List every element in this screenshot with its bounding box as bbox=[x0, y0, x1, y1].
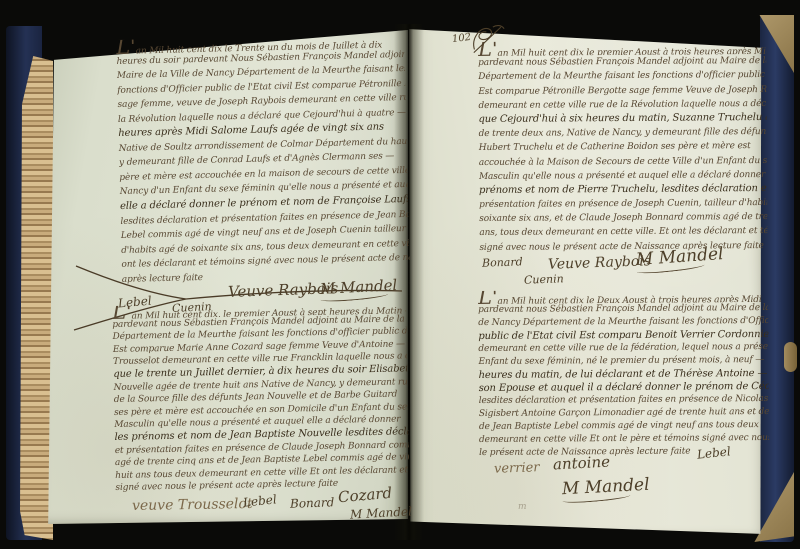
page-number-paraph-flourish bbox=[469, 21, 512, 54]
manuscript-line: accouchée à la Maison de Secours de cett… bbox=[479, 153, 767, 169]
signature-bonard: Bonard bbox=[482, 255, 523, 269]
birth-record-right-2: L'an Mil huit cent dix le Deux Aoust à t… bbox=[478, 289, 769, 460]
birth-record-left-1: L'an Mil huit cent dix le Trente un du m… bbox=[116, 33, 410, 287]
register-book-scan: 102 L'an Mil huit cent dix le Trente un … bbox=[0, 0, 800, 549]
signature-lebel: Lebel bbox=[117, 294, 152, 311]
birth-record-right-1: L'an Mil huit cent dix le premier Aoust … bbox=[478, 40, 767, 255]
signature-bonard: Bonard bbox=[290, 495, 335, 511]
signature-antoine: antoine bbox=[553, 453, 611, 474]
page-number: 102 bbox=[451, 32, 471, 45]
signature-verrier: verrier bbox=[494, 460, 540, 477]
signature-cuenin: Cuenin bbox=[524, 272, 564, 286]
manuscript-line: signé avec nous le présent acte de Naiss… bbox=[479, 239, 767, 255]
manuscript-line: Département de la Meurthe faisant les fo… bbox=[478, 68, 766, 84]
signature-mandel: M Mandel bbox=[561, 475, 650, 504]
birth-record-left-2: L'an Mil huit cent dix, le premier Aoust… bbox=[112, 300, 410, 495]
signature-mandel: M Mandel bbox=[319, 276, 397, 302]
manuscript-line: Hubert Truchelu et de Catherine Boidon s… bbox=[479, 139, 767, 155]
signature-cuenin: Cuenin bbox=[172, 300, 212, 315]
margin-mark: m bbox=[518, 502, 527, 512]
page-stack-edges bbox=[20, 56, 53, 540]
cover-clasp bbox=[784, 342, 797, 372]
manuscript-line: ans, tous deux demeurant en cette ville.… bbox=[479, 224, 767, 240]
signature-veuve-trousselot: veuve Trousselot bbox=[132, 496, 253, 514]
